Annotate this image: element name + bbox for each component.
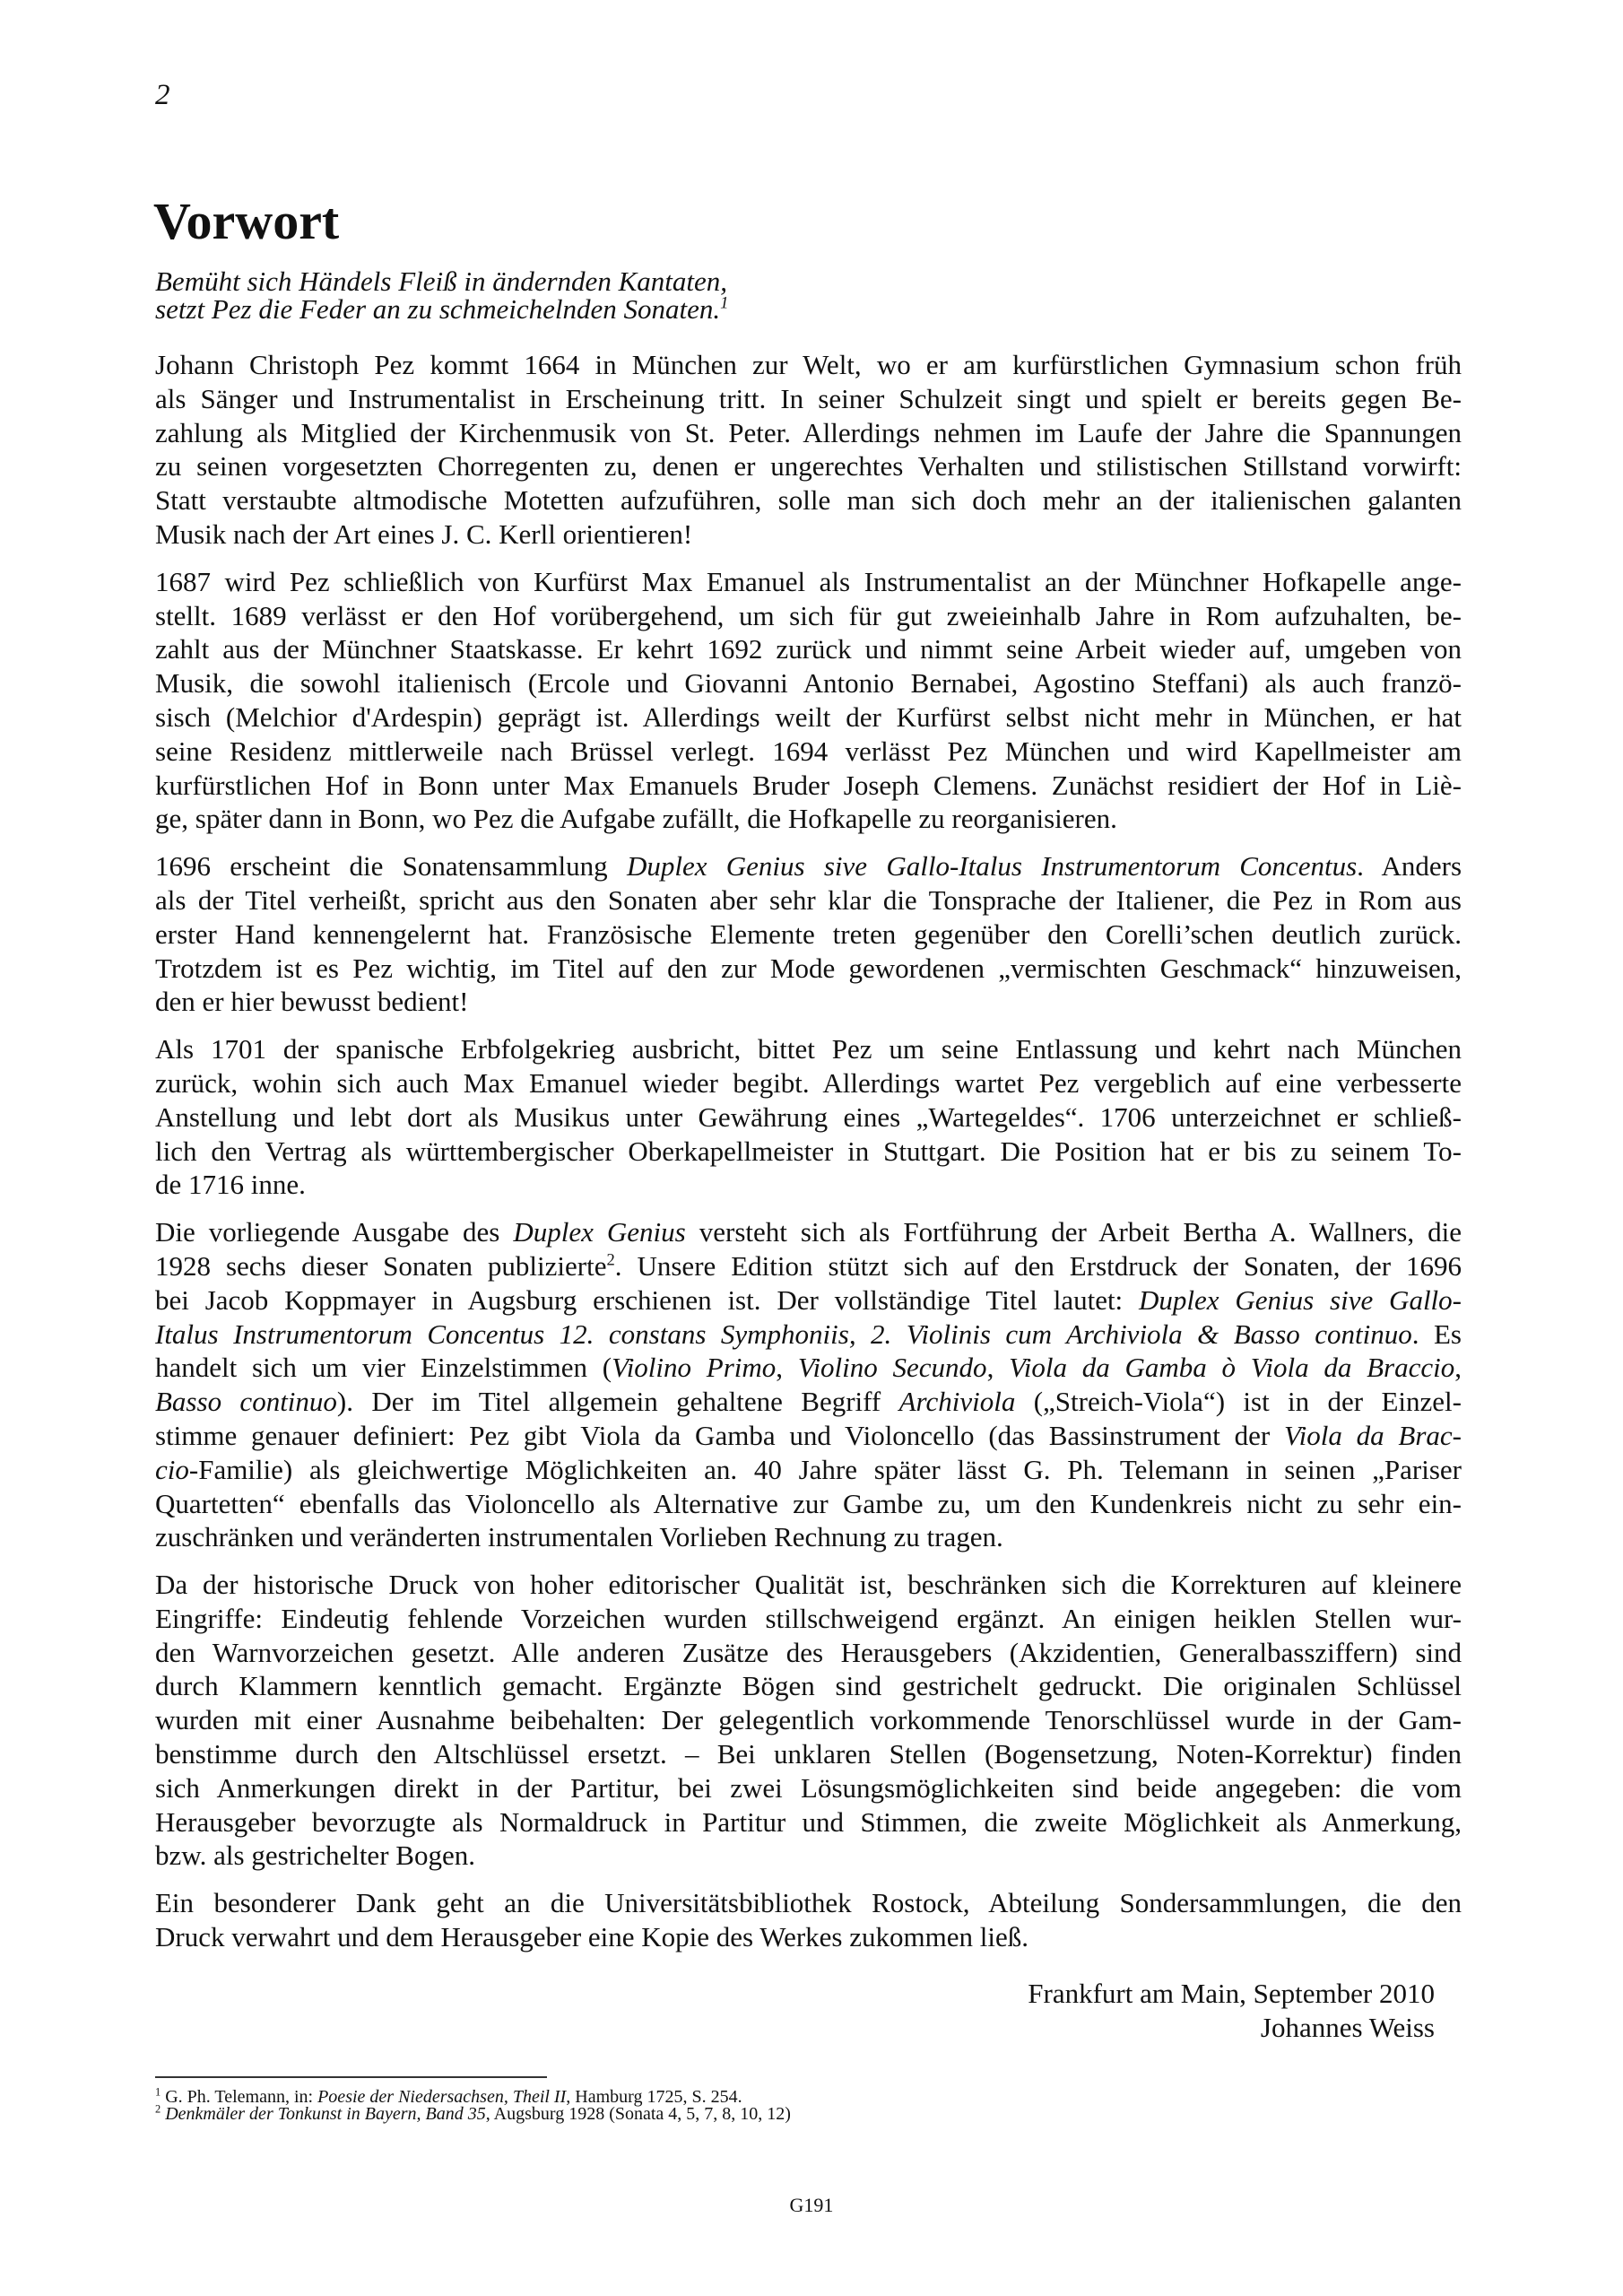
- text-run: -Familie) als gleichwertige Möglichkeite…: [189, 1454, 1462, 1485]
- text-run: . Anders: [1357, 850, 1462, 882]
- text-line: sisch (Melchior d'Ardespin) geprägt ist.…: [155, 700, 1462, 735]
- term: Archiviola: [899, 1386, 1016, 1417]
- paragraph-3: 1696 erscheint die Sonatensammlung Duple…: [155, 849, 1462, 1019]
- text-line: Quartetten“ ebenfalls das Violoncello al…: [155, 1487, 1462, 1521]
- text-line: cio-Familie) als gleichwertige Möglichke…: [155, 1453, 1462, 1487]
- page-footer-code: G191: [0, 2195, 1623, 2216]
- text-line: lich den Vertrag als württembergischer O…: [155, 1135, 1462, 1169]
- text-line: zurück, wohin sich auch Max Emanuel wied…: [155, 1066, 1462, 1100]
- text-line: Ein besonderer Dank geht an die Universi…: [155, 1886, 1462, 1920]
- part-name: Viola da Gamba ò Viola da Braccio: [1009, 1352, 1454, 1383]
- text-run: stimme genauer definiert: Pez gibt Viola…: [155, 1420, 1284, 1451]
- text-run: ,: [1454, 1352, 1462, 1383]
- text-run: . Unsere Edition stützt sich auf den Ers…: [615, 1250, 1462, 1282]
- text-line: Statt verstaubte altmodische Motetten au…: [155, 483, 1462, 517]
- place-date: Frankfurt am Main, September 2010: [155, 1977, 1435, 2011]
- text-line: als Sänger und Instrumentalist in Ersche…: [155, 382, 1462, 416]
- text-line: kurfürstlichen Hof in Bonn unter Max Ema…: [155, 769, 1462, 803]
- signature: Frankfurt am Main, September 2010 Johann…: [155, 1977, 1435, 2045]
- text-line: Johann Christoph Pez kommt 1664 in Münch…: [155, 348, 1462, 382]
- work-title: Denkmäler der Tonkunst in Bayern, Band 3…: [165, 2104, 486, 2124]
- text-line: zahlt aus der Münchner Staatskasse. Er k…: [155, 632, 1462, 666]
- work-title: Italus Instrumentorum Concentus 12. cons…: [155, 1318, 1412, 1350]
- author-name: Johannes Weiss: [155, 2011, 1435, 2045]
- text-line: de 1716 inne.: [155, 1168, 1462, 1202]
- text-line: als der Titel verheißt, spricht aus den …: [155, 883, 1462, 918]
- text-run: ,: [776, 1352, 798, 1383]
- text-line: Druck verwahrt und dem Herausgeber eine …: [155, 1920, 1462, 1954]
- text-line: zu seinen vorgesetzten Chorregenten zu, …: [155, 449, 1462, 483]
- text-line: Musik, die sowohl italienisch (Ercole un…: [155, 666, 1462, 700]
- text-line: Italus Instrumentorum Concentus 12. cons…: [155, 1318, 1462, 1352]
- text-run: 1696 erscheint die Sonatensammlung: [155, 850, 627, 882]
- paragraph-2: 1687 wird Pez schließlich von Kurfürst M…: [155, 565, 1462, 836]
- text-run: bei Jacob Koppmayer in Augsburg erschien…: [155, 1284, 1139, 1316]
- text-run: , Augsburg 1928 (Sonata 4, 5, 7, 8, 10, …: [486, 2104, 791, 2124]
- text-line: Eingriffe: Eindeutig fehlende Vorzeichen…: [155, 1602, 1462, 1636]
- text-run: versteht sich als Fortführung der Arbeit…: [686, 1216, 1462, 1248]
- page-title: Vorwort: [153, 192, 339, 251]
- page-number: 2: [155, 79, 170, 111]
- text-line: 1696 erscheint die Sonatensammlung Duple…: [155, 849, 1462, 883]
- footnote-2: 2 Denkmäler der Tonkunst in Bayern, Band…: [155, 2106, 791, 2123]
- text-line: den er hier bewusst bedient!: [155, 985, 1462, 1019]
- text-line: sich Anmerkungen direkt in der Partitur,…: [155, 1771, 1462, 1805]
- text-line: seine Residenz mittlerweile nach Brüssel…: [155, 735, 1462, 769]
- part-name: Basso continuo: [155, 1386, 337, 1417]
- epigraph-line-text: setzt Pez die Feder an zu schmeichelnden…: [155, 293, 720, 325]
- footnote-ref[interactable]: 2: [606, 1251, 614, 1270]
- term: Viola da Brac-: [1284, 1420, 1462, 1451]
- text-line: Anstellung und lebt dort als Musikus unt…: [155, 1100, 1462, 1135]
- text-line: 1928 sechs dieser Sonaten publizierte2. …: [155, 1249, 1462, 1283]
- text-line: Herausgeber bevorzugte als Normaldruck i…: [155, 1805, 1462, 1839]
- footnote-ref[interactable]: 1: [720, 294, 728, 313]
- text-line: durch Klammern kenntlich gemacht. Ergänz…: [155, 1669, 1462, 1703]
- paragraph-6: Da der historische Druck von hoher edito…: [155, 1568, 1462, 1873]
- text-run: handelt sich um vier Einzelstimmen (: [155, 1352, 612, 1383]
- epigraph-line: setzt Pez die Feder an zu schmeichelnden…: [155, 295, 728, 323]
- text-line: stellt. 1689 verlässt er den Hof vorüber…: [155, 599, 1462, 633]
- body-text: Johann Christoph Pez kommt 1664 in Münch…: [155, 348, 1462, 1968]
- paragraph-5: Die vorliegende Ausgabe des Duplex Geniu…: [155, 1215, 1462, 1554]
- text-line: Da der historische Druck von hoher edito…: [155, 1568, 1462, 1602]
- paragraph-7: Ein besonderer Dank geht an die Universi…: [155, 1886, 1462, 1954]
- text-line: wurden mit einer Ausnahme beibehalten: D…: [155, 1703, 1462, 1737]
- paragraph-4: Als 1701 der spanische Erbfolgekrieg aus…: [155, 1032, 1462, 1202]
- text-line: Als 1701 der spanische Erbfolgekrieg aus…: [155, 1032, 1462, 1066]
- text-run: 1928 sechs dieser Sonaten publizierte: [155, 1250, 606, 1282]
- text-run: . Es: [1412, 1318, 1462, 1350]
- footnotes: 1 G. Ph. Telemann, in: Poesie der Nieder…: [155, 2089, 791, 2123]
- text-line: benstimme durch den Altschlüssel ersetzt…: [155, 1737, 1462, 1771]
- text-line: Basso continuo). Der im Titel allgemein …: [155, 1385, 1462, 1419]
- text-line: Trotzdem ist es Pez wichtig, im Titel au…: [155, 952, 1462, 986]
- text-line: erster Hand kennengelernt hat. Französis…: [155, 918, 1462, 952]
- footnote-divider: [155, 2076, 547, 2078]
- text-line: zuschränken und veränderten instrumental…: [155, 1520, 1462, 1554]
- paragraph-1: Johann Christoph Pez kommt 1664 in Münch…: [155, 348, 1462, 552]
- work-title: Duplex Genius sive Gallo-: [1139, 1284, 1462, 1316]
- part-name: Violino Secundo: [798, 1352, 987, 1383]
- text-run: („Streich-Viola“) ist in der Einzel-: [1015, 1386, 1462, 1417]
- text-line: bzw. als gestrichelter Bogen.: [155, 1839, 1462, 1873]
- work-title: Duplex Genius sive Gallo-Italus Instrume…: [627, 850, 1357, 882]
- text-line: ge, später dann in Bonn, wo Pez die Aufg…: [155, 802, 1462, 836]
- text-line: Musik nach der Art eines J. C. Kerll ori…: [155, 517, 1462, 552]
- text-line: handelt sich um vier Einzelstimmen (Viol…: [155, 1351, 1462, 1385]
- text-run: ,: [987, 1352, 1010, 1383]
- text-run: ). Der im Titel allgemein gehaltene Begr…: [337, 1386, 899, 1417]
- text-line: zahlung als Mitglied der Kirchenmusik vo…: [155, 416, 1462, 450]
- epigraph-line: Bemüht sich Händels Fleiß in ändernden K…: [155, 267, 728, 295]
- text-line: den Warnvorzeichen gesetzt. Alle anderen…: [155, 1636, 1462, 1670]
- text-run: Die vorliegende Ausgabe des: [155, 1216, 513, 1248]
- work-title: Duplex Genius: [513, 1216, 685, 1248]
- text-line: stimme genauer definiert: Pez gibt Viola…: [155, 1419, 1462, 1453]
- text-line: 1687 wird Pez schließlich von Kurfürst M…: [155, 565, 1462, 599]
- text-line: bei Jacob Koppmayer in Augsburg erschien…: [155, 1283, 1462, 1318]
- term: cio: [155, 1454, 189, 1485]
- text-line: Die vorliegende Ausgabe des Duplex Geniu…: [155, 1215, 1462, 1249]
- part-name: Violino Primo: [612, 1352, 776, 1383]
- epigraph: Bemüht sich Händels Fleiß in ändernden K…: [155, 267, 728, 323]
